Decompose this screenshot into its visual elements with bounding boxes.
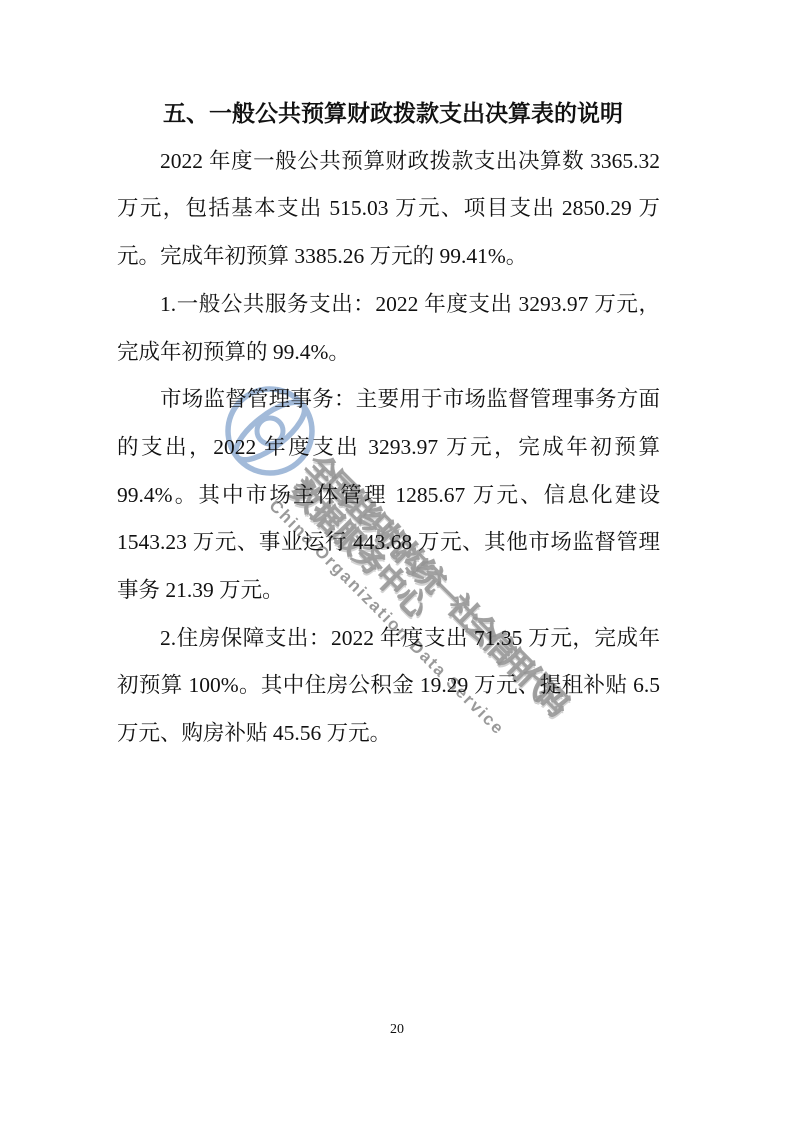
paragraph: 2022 年度一般公共预算财政拨款支出决算数 3365.32 万元，包括基本支出… bbox=[117, 138, 660, 281]
document-page: { "doc": { "title": "五、一般公共预算财政拨款支出决算表的说… bbox=[0, 0, 794, 1123]
section-title: 五、一般公共预算财政拨款支出决算表的说明 bbox=[117, 90, 660, 138]
paragraph: 2.住房保障支出：2022 年度支出 71.35 万元，完成年初预算 100%。… bbox=[117, 615, 660, 758]
document-content: 五、一般公共预算财政拨款支出决算表的说明 2022 年度一般公共预算财政拨款支出… bbox=[117, 90, 660, 758]
paragraph: 市场监督管理事务：主要用于市场监督管理事务方面的支出，2022 年度支出 329… bbox=[117, 376, 660, 615]
page-number: 20 bbox=[0, 1020, 794, 1040]
paragraph: 1.一般公共服务支出：2022 年度支出 3293.97 万元，完成年初预算的 … bbox=[117, 281, 660, 376]
